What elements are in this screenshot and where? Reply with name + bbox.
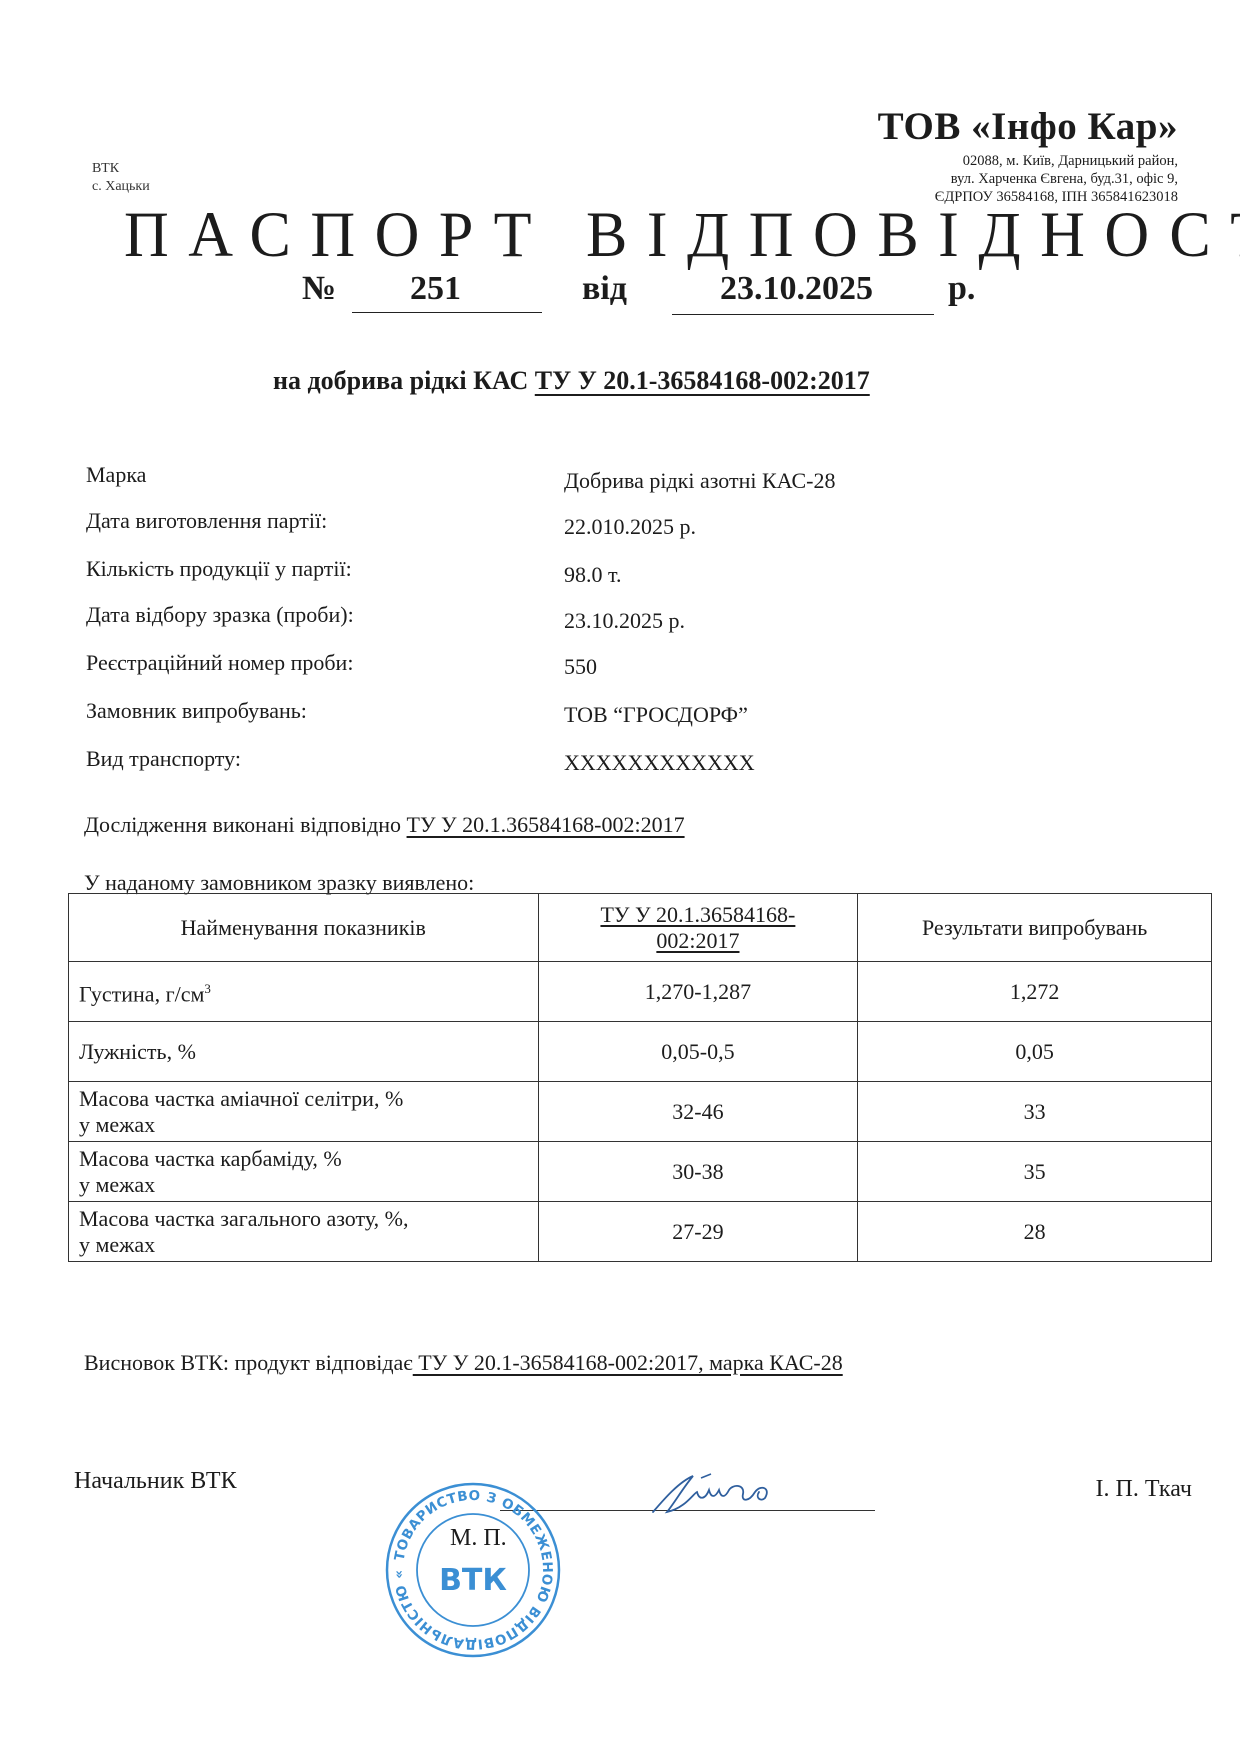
table-header-row: Найменування показників ТУ У 20.1.365841… (69, 894, 1212, 962)
indicator-name: Масова частка карбаміду, %у межах (69, 1142, 539, 1202)
document-number: 251 (410, 270, 461, 308)
subtitle-standard: ТУ У 20.1-36584168-002:2017 (535, 366, 870, 395)
field-label-customer: Замовник випробувань: (86, 698, 307, 724)
department: ВТК (92, 160, 150, 178)
indicator-result: 1,272 (858, 962, 1212, 1022)
signatory-role: Начальник ВТК (74, 1468, 237, 1495)
indicator-norm: 1,270-1,287 (538, 962, 858, 1022)
signatory-name: І. П. Ткач (1096, 1476, 1192, 1503)
indicator-name: Масова частка загального азоту, %,у межа… (69, 1202, 539, 1262)
field-value-customer: ТОВ “ГРОСДОРФ” (564, 702, 748, 728)
field-label-quantity: Кількість продукції у партії: (86, 556, 352, 582)
indicator-name: Лужність, % (69, 1022, 539, 1082)
from-label: від (582, 270, 627, 308)
company-stamp-icon: ТОВАРИСТВО З ОБМЕЖЕНОЮ ВІДПОВІДАЛЬНІСТЮ … (383, 1480, 563, 1660)
header-results: Результати випробувань (858, 894, 1212, 962)
indicator-norm: 32-46 (538, 1082, 858, 1142)
field-value-transport: XXXXXXXXXXXX (564, 750, 755, 776)
indicator-result: 33 (858, 1082, 1212, 1142)
indicator-result: 35 (858, 1142, 1212, 1202)
table-row: Масова частка загального азоту, %,у межа… (69, 1202, 1212, 1262)
indicator-result: 28 (858, 1202, 1212, 1262)
conclusion-prefix: Висновок ВТК: продукт відповідає (84, 1350, 413, 1375)
results-table: Найменування показників ТУ У 20.1.365841… (68, 893, 1212, 1262)
research-standard: ТУ У 20.1.36584168-002:2017 (407, 812, 685, 837)
field-value-sample-number: 550 (564, 654, 597, 680)
address-line: 02088, м. Київ, Дарницький район, (935, 152, 1178, 170)
conclusion-standard: ТУ У 20.1-36584168-002:2017, марка КАС-2… (413, 1350, 843, 1375)
indicator-name: Густина, г/см3 (69, 962, 539, 1022)
document-date: 23.10.2025 (720, 270, 873, 308)
field-label-transport: Вид транспорту: (86, 746, 241, 772)
qc-conclusion: Висновок ВТК: продукт відповідає ТУ У 20… (84, 1350, 843, 1376)
seal-label: М. П. (450, 1525, 507, 1552)
document-title: ПАСПОРТ ВІДПОВІДНОСТІ (124, 198, 1240, 273)
field-label-brand: Марка (86, 462, 146, 488)
location: с. Хацьки (92, 178, 150, 196)
header-indicator-name: Найменування показників (69, 894, 539, 962)
research-statement: Дослідження виконані відповідно ТУ У 20.… (84, 812, 685, 838)
header-standard: ТУ У 20.1.36584168- 002:2017 (538, 894, 858, 962)
company-name: ТОВ «Інфо Кар» (878, 104, 1178, 149)
year-suffix: р. (948, 270, 975, 308)
department-block: ВТК с. Хацьки (92, 160, 150, 196)
address-line: вул. Харченка Євгена, буд.31, офіс 9, (935, 170, 1178, 188)
date-underline (672, 314, 934, 315)
field-value-manufacture-date: 22.010.2025 р. (564, 514, 696, 540)
table-row: Масова частка аміачної селітри, %у межах… (69, 1082, 1212, 1142)
number-underline (352, 312, 542, 313)
subtitle-prefix: на добрива рідкі КАС (273, 366, 528, 395)
table-row: Масова частка карбаміду, %у межах 30-38 … (69, 1142, 1212, 1202)
indicator-norm: 27-29 (538, 1202, 858, 1262)
indicator-name: Масова частка аміачної селітри, %у межах (69, 1082, 539, 1142)
field-value-brand: Добрива рідкі азотні КАС-28 (564, 468, 835, 494)
svg-text:ВТК: ВТК (439, 1563, 507, 1598)
field-label-sample-number: Реєстраційний номер проби: (86, 650, 353, 676)
handwritten-signature-icon (645, 1468, 795, 1518)
document-subtitle: на добрива рідкі КАС ТУ У 20.1-36584168-… (273, 366, 870, 396)
indicator-norm: 0,05-0,5 (538, 1022, 858, 1082)
field-label-manufacture-date: Дата виготовлення партії: (86, 508, 327, 534)
field-label-sample-date: Дата відбору зразка (проби): (86, 602, 354, 628)
table-row: Лужність, % 0,05-0,5 0,05 (69, 1022, 1212, 1082)
table-row: Густина, г/см3 1,270-1,287 1,272 (69, 962, 1212, 1022)
research-prefix: Дослідження виконані відповідно (84, 812, 401, 837)
field-value-sample-date: 23.10.2025 р. (564, 608, 685, 634)
number-label: № (302, 270, 336, 308)
indicator-norm: 30-38 (538, 1142, 858, 1202)
indicator-result: 0,05 (858, 1022, 1212, 1082)
field-value-quantity: 98.0 т. (564, 562, 621, 588)
